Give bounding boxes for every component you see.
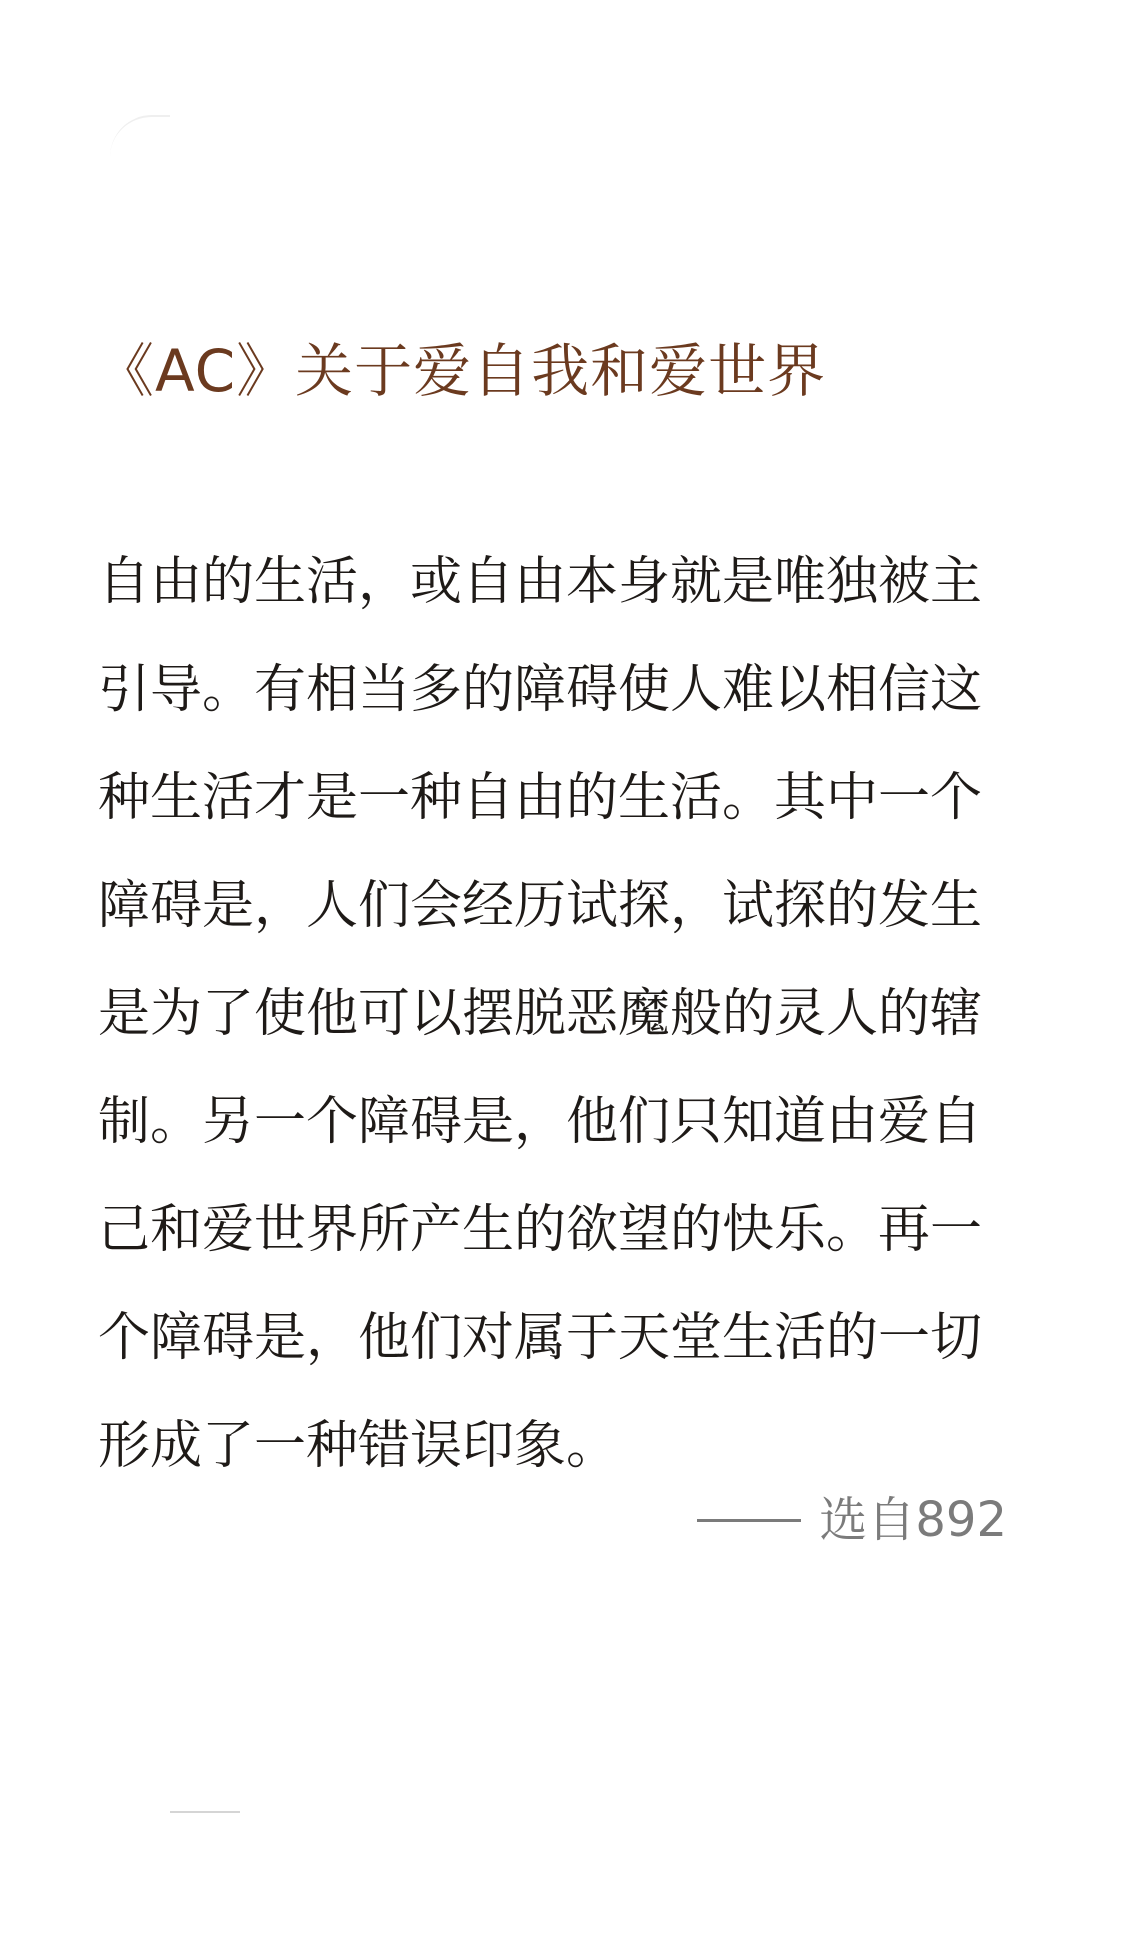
quote-body: 自由的生活，或自由本身就是唯独被主 引导。有相当多的障碍使人难以相信这 种生活才…	[98, 528, 1028, 1500]
attribution: 选自892	[697, 1490, 1007, 1550]
attribution-dash	[697, 1519, 801, 1522]
quote-line: 自由的生活，或自由本身就是唯独被主	[98, 528, 1028, 636]
quote-line: 个障碍是，他们对属于天堂生活的一切	[98, 1284, 1028, 1392]
page-title: 《AC》关于爱自我和爱世界	[96, 336, 826, 406]
quote-line: 形成了一种错误印象。	[98, 1392, 1028, 1500]
quote-line: 引导。有相当多的障碍使人难以相信这	[98, 636, 1028, 744]
attribution-text: 选自892	[819, 1492, 1007, 1548]
quote-line: 是为了使他可以摆脱恶魔般的灵人的辖	[98, 960, 1028, 1068]
decorative-arc	[110, 115, 170, 157]
quote-line: 己和爱世界所产生的欲望的快乐。再一	[98, 1176, 1028, 1284]
quote-line: 种生活才是一种自由的生活。其中一个	[98, 744, 1028, 852]
quote-line: 障碍是，人们会经历试探，试探的发生	[98, 852, 1028, 960]
divider	[170, 1811, 240, 1813]
quote-line: 制。另一个障碍是，他们只知道由爱自	[98, 1068, 1028, 1176]
